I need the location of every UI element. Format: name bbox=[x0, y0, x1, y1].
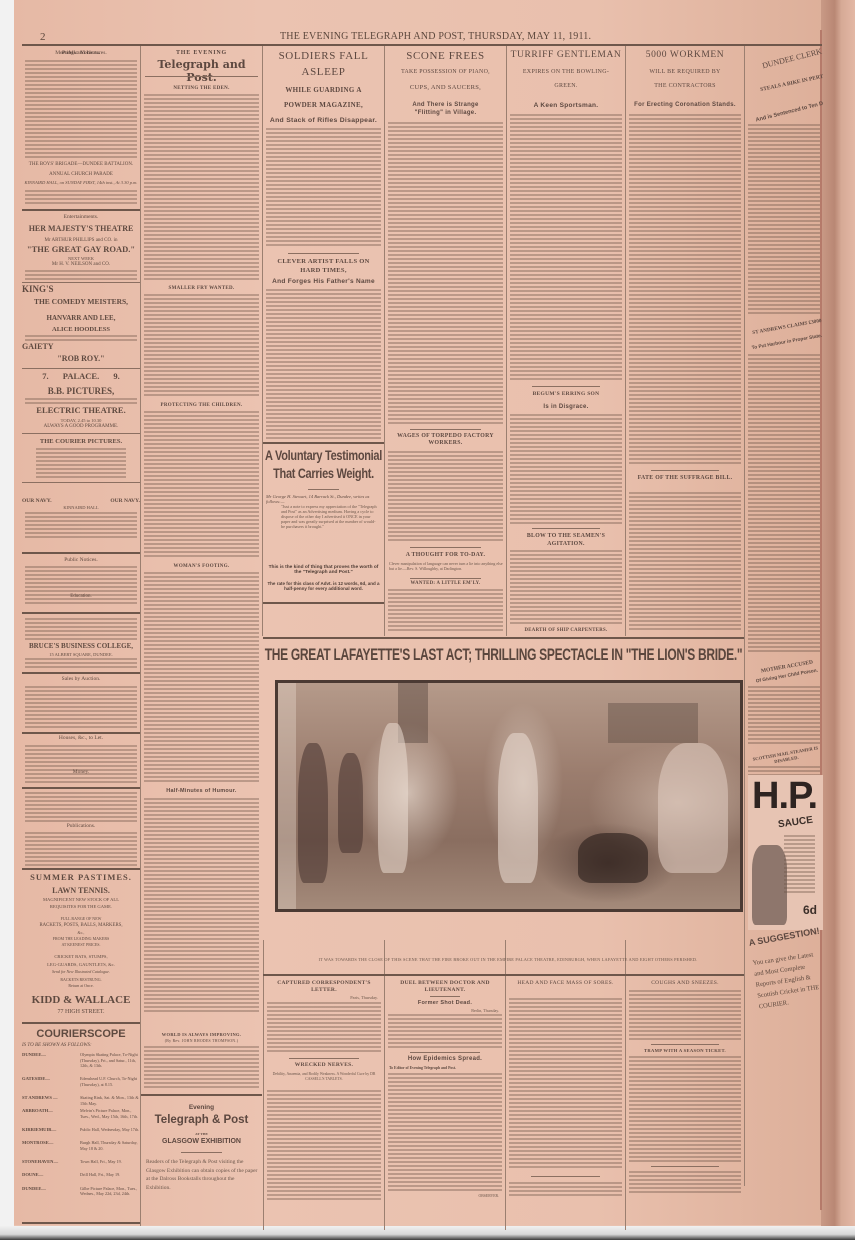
article-rule bbox=[651, 1166, 719, 1167]
headline: WHILE GUARDING A bbox=[263, 86, 384, 94]
hp-price: 6d bbox=[803, 903, 817, 917]
article-rule bbox=[410, 429, 481, 430]
boys-brigade-notice: THE BOYS' BRIGADE—DUNDEE BATTALION. bbox=[22, 162, 140, 167]
subheadline: "Flitting" in Village. bbox=[385, 110, 506, 116]
article-text bbox=[144, 94, 259, 282]
thought-for-today: Clever manipulation of language can neve… bbox=[389, 561, 503, 571]
workmen-column: 5000 WORKMEN WILL BE REQUIRED BY THE CON… bbox=[626, 46, 744, 636]
exhibition-ad-line3: AT THE bbox=[141, 1132, 262, 1136]
comedy-meisters: THE COMEDY MEISTERS, bbox=[22, 297, 140, 306]
article-rule bbox=[410, 1052, 480, 1053]
headline: SOLDIERS FALL bbox=[263, 50, 384, 62]
headline: DEARTH OF SHIP CARPENTERS. bbox=[507, 628, 625, 633]
schedule-town: DUNDEE— bbox=[22, 1052, 78, 1057]
exhibition-ad-body: Readers of the Telegraph & Post visiting… bbox=[146, 1158, 259, 1192]
article-text bbox=[388, 1014, 502, 1048]
education-heading: Education. bbox=[22, 594, 140, 599]
article-text bbox=[144, 294, 259, 398]
schedule-venue: Drill Hall, Fri., May 19. bbox=[80, 1172, 140, 1178]
meetings-text bbox=[25, 60, 137, 160]
rob-roy: "ROB ROY." bbox=[22, 354, 140, 363]
ad-line: NEXT WEEK bbox=[22, 256, 140, 261]
article-text bbox=[266, 128, 381, 248]
schedule-town: GATESIDE— bbox=[22, 1076, 78, 1081]
schedule-venue: Melvin's Picture Palace, Mon., Tues., We… bbox=[80, 1108, 140, 1119]
dateline: Berlin, Thursday. bbox=[471, 1008, 499, 1013]
gaiety-theatre: GAIETY bbox=[22, 342, 140, 351]
subheadline: Is in Disgrace. bbox=[507, 404, 625, 410]
bottom-article-col2: DUEL BETWEEN DOCTOR AND LIEUTENANT. Form… bbox=[385, 976, 505, 1226]
article-text bbox=[267, 1002, 381, 1054]
article-text bbox=[629, 114, 741, 466]
subheadline: And There is Strange bbox=[385, 102, 506, 108]
headline: CLEVER ARTIST FALLS ON bbox=[263, 258, 384, 265]
sports-ad-line: Send for New Illustrated Catalogue. bbox=[22, 969, 140, 974]
article-text bbox=[629, 990, 741, 1040]
headline: HEAD AND FACE MASS OF SORES. bbox=[510, 980, 621, 987]
auction-text bbox=[25, 686, 137, 730]
article-text bbox=[388, 589, 503, 631]
article-text bbox=[509, 1182, 622, 1196]
article-text bbox=[144, 798, 259, 1014]
section-rule bbox=[141, 1094, 262, 1096]
ad-text bbox=[36, 448, 126, 478]
subheadline: And is Sentenced to Ten Days bbox=[746, 96, 823, 126]
testimonial-tagline: This is the kind of thing that proves th… bbox=[265, 565, 382, 575]
meetings-heading: Meetings and Lectures. bbox=[22, 50, 140, 56]
headline: ST ANDREWS CLAIMS £3000 bbox=[745, 317, 823, 337]
headline: DUEL BETWEEN DOCTOR AND LIEUTENANT. bbox=[389, 980, 501, 993]
article-text bbox=[748, 686, 820, 746]
headline: ASLEEP bbox=[263, 66, 384, 78]
article-text bbox=[144, 411, 259, 559]
headline: EXPIRES ON THE BOWLING- bbox=[507, 69, 625, 75]
schedule-town: DUNDEE— bbox=[22, 1186, 78, 1191]
navy-venue: KINNAIRD HALL bbox=[22, 505, 140, 510]
sports-ad-line: FROM THE LEADING MAKERS bbox=[22, 936, 140, 941]
ad-rule bbox=[22, 368, 140, 369]
publications-text bbox=[25, 832, 137, 866]
schedule-venue: Skating Rink, Sat. & Mon., 13th & 15th M… bbox=[80, 1095, 140, 1106]
ad-text bbox=[25, 270, 137, 280]
exhibition-ad-line1: Evening bbox=[141, 1104, 262, 1111]
ad-rule bbox=[22, 433, 140, 434]
headline: WANTED: A LITTLE EM'LY. bbox=[385, 581, 506, 586]
ad-rule bbox=[22, 282, 140, 283]
bottom-article-col3: HEAD AND FACE MASS OF SORES. bbox=[506, 976, 625, 1226]
testimonial-title: That Carries Weight. bbox=[263, 467, 384, 482]
logo-rule bbox=[145, 76, 258, 77]
sports-ad-subtitle: LAWN TENNIS. bbox=[22, 886, 140, 895]
photo-caption: IT WAS TOWARDS THE CLOSE OF THIS SCENE T… bbox=[270, 956, 746, 963]
headline: FATE OF THE SUFFRAGE BILL. bbox=[632, 474, 738, 482]
schedule-venue: Burgh Hall, Thursday & Saturday, May 18 … bbox=[80, 1140, 140, 1151]
masthead-title: THE EVENING TELEGRAPH AND POST, THURSDAY… bbox=[280, 31, 591, 42]
ad-rule bbox=[22, 482, 140, 483]
ad-text bbox=[25, 512, 137, 538]
dateline: Paris, Thursday. bbox=[350, 995, 378, 1000]
article-text bbox=[509, 998, 622, 1170]
section-rule bbox=[22, 1022, 140, 1024]
section-rule bbox=[263, 602, 384, 604]
public-notices-heading: Public Notices. bbox=[22, 557, 140, 563]
schedule-town: DOUNE— bbox=[22, 1172, 78, 1177]
electric-hours: TODAY, 2.45 to 10.30 bbox=[22, 418, 140, 423]
page-number: 2 bbox=[40, 31, 46, 43]
education-text bbox=[25, 618, 137, 640]
ad-rule bbox=[181, 1152, 222, 1153]
schedule-town: STONEHAVEN— bbox=[22, 1159, 78, 1164]
headline: BLOW TO THE SEAMEN'S AGITATION. bbox=[511, 532, 621, 548]
ad-text bbox=[25, 335, 137, 341]
page-fold bbox=[821, 0, 855, 1240]
sports-ad-line: CRICKET BATS, STUMPS, bbox=[22, 954, 140, 959]
her-majestys-theatre: HER MAJESTY'S THEATRE bbox=[22, 224, 140, 233]
feature-rule bbox=[263, 637, 744, 639]
sports-ad-line: MAGNIFICENT NEW STOCK OF ALL bbox=[22, 897, 140, 902]
section-rule bbox=[22, 732, 140, 734]
article-text bbox=[510, 550, 622, 624]
schedule-town: ARBROATH— bbox=[22, 1108, 78, 1113]
houses-text bbox=[25, 745, 137, 785]
humour-heading: Half-Minutes of Humour. bbox=[141, 788, 262, 794]
advert-rates: The rate for this class of Advt. is 12 w… bbox=[265, 581, 382, 591]
bruces-address: 15 ALBERT SQUARE, DUNDEE. bbox=[22, 652, 140, 657]
schedule-venue: Public Hall, Wednesday, May 17th. bbox=[80, 1127, 140, 1133]
logo-main: Telegraph and Post. bbox=[141, 58, 262, 84]
courierscope-title: COURIERSCOPE bbox=[22, 1028, 140, 1040]
subheadline: To Put Harbour in Proper State. bbox=[745, 333, 823, 353]
article-text bbox=[629, 1056, 741, 1162]
electric-tagline: ALWAYS A GOOD PROGRAMME. bbox=[22, 424, 140, 429]
electric-theatre: ELECTRIC THEATRE. bbox=[22, 405, 140, 415]
article-text bbox=[629, 492, 741, 632]
subheadline: Former Shot Dead. bbox=[385, 1000, 505, 1006]
ad-line: Mr H. V. NEILSON and CO. bbox=[22, 262, 140, 267]
headline: COUGHS AND SNEEZES. bbox=[626, 980, 744, 986]
headline: WRECKED NERVES. bbox=[264, 1062, 384, 1068]
our-navy-right: OUR NAVY. bbox=[22, 498, 140, 504]
money-text bbox=[25, 792, 137, 822]
article-text bbox=[629, 1171, 741, 1195]
subheadline: And Stack of Rifles Disappear. bbox=[263, 117, 384, 124]
parade-venue: KINNAIRD HALL, on SUNDAY FIRST, 14th ins… bbox=[22, 180, 140, 185]
schedule-venue: Edenshead U.F. Church, To-Night (Thursda… bbox=[80, 1076, 140, 1087]
headline: THE CONTRACTORS bbox=[626, 83, 744, 89]
sports-ad-line: RACKETS RESTRUNG. bbox=[22, 977, 140, 982]
section-rule bbox=[22, 209, 140, 211]
kidd-wallace-address: 77 HIGH STREET. bbox=[22, 1009, 140, 1015]
ad-rule bbox=[308, 489, 339, 490]
sports-ad-line: RACKETS, POSTS, BALLS, MARKERS, bbox=[22, 923, 140, 928]
article-text bbox=[144, 1046, 259, 1090]
article-text bbox=[388, 1073, 502, 1193]
section-rule bbox=[263, 442, 384, 444]
article-byline: (By Rev. JOHN RHODES THOMPSON.) bbox=[141, 1039, 262, 1043]
headline: TURRIFF GENTLEMAN bbox=[507, 50, 625, 60]
headline: SCONE FREES bbox=[385, 50, 506, 62]
parade-text bbox=[25, 190, 137, 206]
article-rule bbox=[430, 996, 460, 997]
article-text bbox=[266, 289, 381, 439]
headline: STEALS A BIKE IN PERTH bbox=[745, 70, 823, 96]
auction-heading: Sales by Auction. bbox=[22, 676, 140, 682]
section-rule bbox=[22, 612, 140, 614]
turriff-column: TURRIFF GENTLEMAN EXPIRES ON THE BOWLING… bbox=[507, 46, 625, 636]
section-rule bbox=[22, 1222, 140, 1224]
schedule-venue: Town Hall, Fri., May 19. bbox=[80, 1159, 140, 1165]
classifieds-column: Public Notices. Meetings and Lectures. T… bbox=[22, 46, 140, 1226]
schedule-town: ST ANDREWS — bbox=[22, 1095, 78, 1100]
sports-ad-line: FULL RANGE OF NEW bbox=[22, 916, 140, 921]
great-gay-road: "THE GREAT GAY ROAD." bbox=[22, 244, 140, 254]
section-rule bbox=[22, 787, 140, 789]
sports-ad-title: SUMMER PASTIMES. bbox=[22, 872, 140, 882]
article-text bbox=[144, 572, 259, 782]
headline: HARD TIMES, bbox=[263, 267, 384, 274]
sports-ad-line: LEG-GUARDS, GAUNTLETS, &c. bbox=[22, 962, 140, 967]
subheadline: For Erecting Coronation Stands. bbox=[626, 102, 744, 108]
testimonial-quote: "Just a note to express my appreciation … bbox=[281, 504, 379, 529]
alice-hoodless: ALICE HOODLESS bbox=[22, 326, 140, 333]
kidd-wallace: KIDD & WALLACE bbox=[22, 994, 140, 1006]
article-text bbox=[267, 1090, 381, 1200]
article-text bbox=[748, 354, 820, 654]
testimonial-title: A Voluntary Testimonial bbox=[263, 449, 384, 464]
article-text bbox=[510, 114, 622, 380]
section-rule bbox=[22, 672, 140, 674]
money-heading: Money. bbox=[22, 769, 140, 775]
logo-top: THE EVENING bbox=[141, 50, 262, 56]
headline: BEGUM'S ERRING SON bbox=[507, 391, 625, 397]
letter-salutation: To Editor of Evening Telegraph and Post. bbox=[389, 1066, 502, 1070]
headline: CUPS, AND SAUCERS, bbox=[385, 84, 506, 91]
article-heading: NETTING THE EDEN. bbox=[141, 86, 262, 91]
headline: TAKE POSSESSION OF PIANO, bbox=[385, 69, 506, 75]
article-heading: WOMAN'S FOOTING. bbox=[141, 564, 262, 569]
sports-ad-line: Return at Once. bbox=[22, 983, 140, 988]
hp-sauce-ad: H.P. SAUCE 6d bbox=[748, 775, 823, 930]
schedule-venue: Gilbe Picture Palace, Mon., Tues., Wedne… bbox=[80, 1186, 140, 1197]
section-rule bbox=[22, 552, 140, 554]
hanvarr-and-lee: HANVARR AND LEE, bbox=[22, 314, 140, 322]
feature-headline: THE GREAT LAFAYETTE'S LAST ACT; THRILLIN… bbox=[263, 645, 744, 664]
headline: TRAMP WITH A SEASON TICKET. bbox=[626, 1048, 744, 1053]
article-heading: PROTECTING THE CHILDREN. bbox=[141, 403, 262, 408]
sports-ad-line: REQUISITES FOR THE GAME. bbox=[22, 904, 140, 909]
palace: 7. PALACE. 9. bbox=[22, 371, 140, 381]
section-rule bbox=[22, 868, 140, 870]
parade-notice: ANNUAL CHURCH PARADE bbox=[22, 172, 140, 177]
headline: WAGES OF TORPEDO FACTORY WORKERS. bbox=[393, 433, 498, 447]
editorial-column: THE EVENING Telegraph and Post. NETTING … bbox=[141, 46, 262, 1226]
testimonial-from: Mr George H. Stewart, 14 Barrack St., Du… bbox=[266, 494, 381, 504]
scan-bottom-edge bbox=[0, 1226, 855, 1240]
kings-theatre: KING'S bbox=[22, 284, 140, 294]
article-rule bbox=[531, 1176, 600, 1177]
notices-text bbox=[25, 566, 137, 606]
ad-line: Mr ARTHUR PHILLIPS and CO. in bbox=[22, 238, 140, 243]
bb-pictures: B.B. PICTURES, bbox=[22, 386, 140, 396]
subheadline: Debility, Anaemia, and Bodily Weakness. … bbox=[270, 1072, 378, 1082]
masthead: 2 THE EVENING TELEGRAPH AND POST, THURSD… bbox=[40, 28, 820, 44]
sports-ad-line: &c., bbox=[22, 930, 140, 935]
scone-column: SCONE FREES TAKE POSSESSION OF PIANO, CU… bbox=[385, 46, 506, 636]
article-rule bbox=[289, 1058, 359, 1059]
headline: CAPTURED CORRESPONDENT'S LETTER. bbox=[268, 980, 380, 993]
bruces-college: BRUCE'S BUSINESS COLLEGE, bbox=[22, 642, 140, 650]
article-rule bbox=[288, 253, 359, 254]
ad-text bbox=[784, 835, 815, 895]
article-rule bbox=[410, 578, 481, 579]
headline: DUNDEE CLERK bbox=[751, 46, 823, 73]
houses-heading: Houses, &c., to Let. bbox=[22, 735, 140, 741]
article-text bbox=[510, 414, 622, 524]
headline: GREEN. bbox=[507, 83, 625, 89]
schedule-town: MONTROSE— bbox=[22, 1140, 78, 1145]
entertainments-heading: Entertainments. bbox=[22, 214, 140, 220]
sports-ad-line: AT KEENEST PRICES. bbox=[22, 942, 140, 947]
courier-pictures: THE COURIER PICTURES. bbox=[22, 438, 140, 445]
article-rule bbox=[532, 386, 600, 387]
article-rule bbox=[532, 528, 600, 529]
article-text bbox=[388, 451, 503, 543]
hp-brand: H.P. bbox=[752, 775, 817, 818]
article-text bbox=[388, 122, 503, 424]
article-rule bbox=[410, 547, 481, 548]
courierscope-subtitle: IS TO BE SHOWN AS FOLLOWS: bbox=[22, 1043, 140, 1048]
suggestion-body: You can give the Latest and Most Complet… bbox=[752, 949, 827, 1013]
bottom-article-col1: CAPTURED CORRESPONDENT'S LETTER. Paris, … bbox=[264, 976, 384, 1226]
article-heading: SMALLER FRY WANTED. bbox=[141, 286, 262, 291]
article-rule bbox=[651, 1044, 719, 1045]
exhibition-ad-line2: Telegraph & Post bbox=[141, 1114, 262, 1126]
article-rule bbox=[651, 470, 719, 471]
subheadline: And Forges His Father's Name bbox=[263, 278, 384, 285]
headline: How Epidemics Spread. bbox=[385, 1056, 505, 1062]
dundee-clerk-column: DUNDEE CLERK STEALS A BIKE IN PERTH And … bbox=[745, 46, 823, 1186]
headline: WILL BE REQUIRED BY bbox=[626, 69, 744, 75]
bottom-article-col4: COUGHS AND SNEEZES. TRAMP WITH A SEASON … bbox=[626, 976, 744, 1226]
ad-text bbox=[25, 398, 137, 404]
lions-bride-photograph bbox=[275, 680, 743, 912]
education-text bbox=[25, 658, 137, 668]
soldiers-column: SOLDIERS FALL ASLEEP WHILE GUARDING A PO… bbox=[263, 46, 384, 636]
headline: A THOUGHT FOR TO-DAY. bbox=[385, 552, 506, 558]
exhibition-ad-line4: GLASGOW EXHIBITION bbox=[141, 1138, 262, 1145]
britannia-illustration bbox=[752, 845, 787, 925]
letter-signoff: OBSERVER. bbox=[479, 1194, 499, 1198]
subheadline: A Keen Sportsman. bbox=[507, 102, 625, 109]
headline: POWDER MAGAZINE, bbox=[263, 101, 384, 109]
article-text bbox=[748, 124, 820, 314]
article-heading: WORLD IS ALWAYS IMPROVING. bbox=[141, 1032, 262, 1037]
headline: 5000 WORKMEN bbox=[626, 50, 744, 60]
publications-heading: Publications. bbox=[22, 823, 140, 829]
schedule-town: KIRRIEMUIR— bbox=[22, 1127, 78, 1132]
scan-margin bbox=[0, 0, 14, 1240]
schedule-venue: Olympia Skating Palace, To-Night (Thursd… bbox=[80, 1052, 140, 1069]
